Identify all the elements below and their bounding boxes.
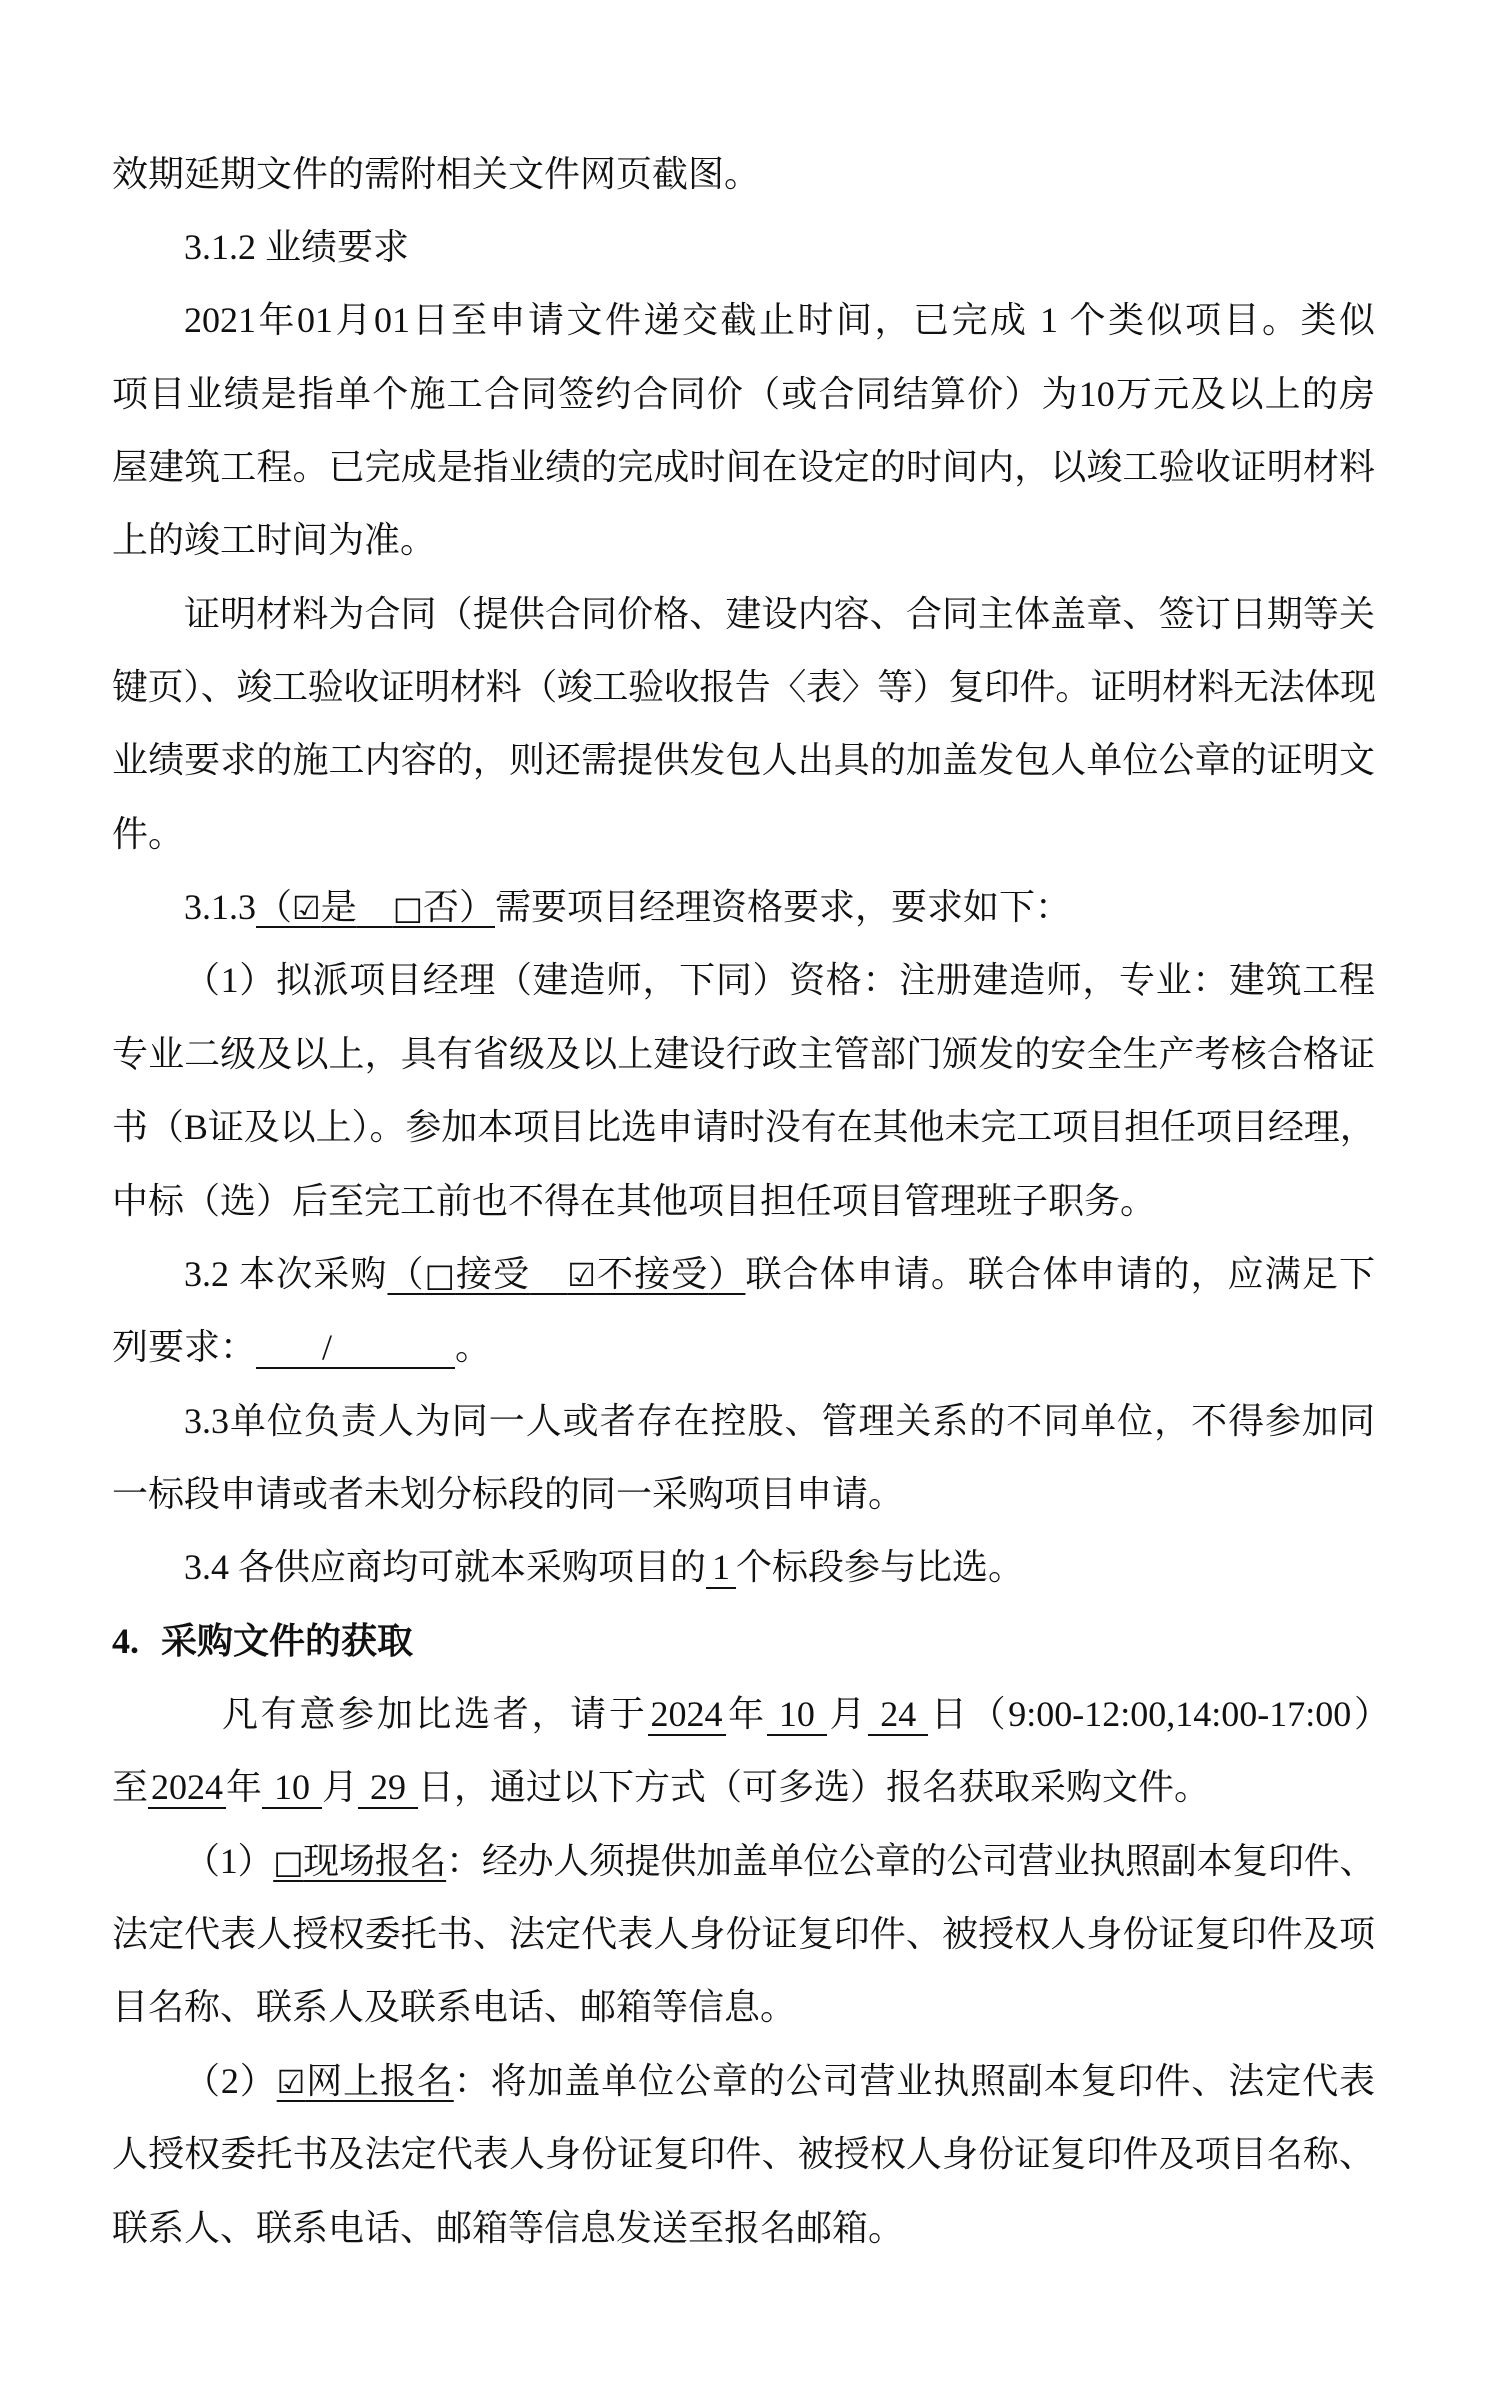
- text-line: 联系人、联系电话、邮箱等信息发送至报名邮箱。: [112, 2192, 1375, 2265]
- text-line: 件。: [112, 798, 1375, 871]
- text-line: 项目业绩是指单个施工合同签约合同价（或合同结算价）为10万元及以上的房: [112, 358, 1375, 431]
- section-heading-4: 4.采购文件的获取: [112, 1605, 1375, 1678]
- text-line: 业绩要求的施工内容的，则还需提供发包人出具的加盖发包人单位公章的证明文: [112, 724, 1375, 797]
- requirements-line: 列要求：/。: [112, 1311, 1375, 1384]
- method-number: （2）: [184, 2061, 277, 2101]
- method-text: ：将加盖单位公章的公司营业执照副本复印件、法定代表: [454, 2061, 1375, 2101]
- method-onsite-line: （1）□现场报名：经办人须提供加盖单位公章的公司营业执照副本复印件、: [112, 1825, 1375, 1898]
- start-month: 10: [767, 1694, 827, 1736]
- text-line: 目名称、联系人及联系电话、邮箱等信息。: [112, 1971, 1375, 2044]
- end-year: 2024: [148, 1767, 226, 1809]
- text-line: 上的竣工时间为准。: [112, 504, 1375, 577]
- checkbox-checked-icon: ☑: [567, 1256, 596, 1294]
- document-page: 效期延期文件的需附相关文件网页截图。 3.1.2 业绩要求 2021年01月01…: [0, 0, 1500, 2402]
- section-number: 3.1.3: [184, 887, 256, 927]
- section-heading-3-1-2: 3.1.2 业绩要求: [112, 211, 1375, 284]
- month-unit: 月: [827, 1694, 868, 1734]
- text-line: 法定代表人授权委托书、法定代表人身份证复印件、被授权人身份证复印件及项: [112, 1898, 1375, 1971]
- text-line: （1）拟派项目经理（建造师，下同）资格：注册建造师，专业：建筑工程: [112, 944, 1375, 1017]
- section-text: 个标段参与比选。: [736, 1547, 1024, 1587]
- day-hours: 日（9:00-12:00,14:00-17:00）: [928, 1694, 1390, 1734]
- method-label: 现场报名: [303, 1841, 446, 1881]
- open-paren: （: [256, 887, 292, 927]
- close-paren: ）: [708, 1254, 745, 1294]
- method-online-option: ☑网上报名: [277, 2061, 454, 2101]
- section-3-1-3-line: 3.1.3（☑是 □否）需要项目经理资格要求，要求如下：: [112, 871, 1375, 944]
- period-start-line: 凡有意参加比选者，请于2024年10月24日（9:00-12:00,14:00-…: [112, 1678, 1390, 1751]
- method-online-line: （2）☑网上报名：将加盖单位公章的公司营业执照副本复印件、法定代表: [112, 2045, 1375, 2118]
- option-label-not-accept: 不接受: [596, 1254, 708, 1294]
- option-label-no: 否: [423, 887, 459, 927]
- option-label-yes: 是: [321, 887, 357, 927]
- year-unit: 年: [226, 1767, 262, 1807]
- section-text: 需要项目经理资格要求，要求如下：: [495, 887, 1071, 927]
- period-lead: 凡有意参加比选者，请于: [222, 1694, 648, 1734]
- month-unit: 月: [322, 1767, 358, 1807]
- requirements-label: 列要求：: [112, 1327, 256, 1367]
- start-year: 2024: [648, 1694, 726, 1736]
- checkbox-unchecked-icon: □: [393, 889, 423, 927]
- section-lead: 3.4 各供应商均可就本采购项目的: [184, 1547, 706, 1587]
- document-body: 效期延期文件的需附相关文件网页截图。 3.1.2 业绩要求 2021年01月01…: [112, 138, 1375, 2265]
- open-paren: （: [387, 1254, 424, 1294]
- yes-no-options: （☑是 □否）: [256, 887, 495, 927]
- text-line: 人授权委托书及法定代表人身份证复印件、被授权人身份证复印件及项目名称、: [112, 2118, 1375, 2191]
- accept-options: （□接受 ☑不接受）: [387, 1254, 745, 1294]
- start-day: 24: [868, 1694, 928, 1736]
- text-line: 一标段申请或者未划分标段的同一采购项目申请。: [112, 1458, 1375, 1531]
- checkbox-checked-icon: ☑: [277, 2063, 306, 2101]
- section-3-4-line: 3.4 各供应商均可就本采购项目的1个标段参与比选。: [112, 1531, 1375, 1604]
- text-line: 专业二级及以上，具有省级及以上建设行政主管部门颁发的安全生产考核合格证: [112, 1018, 1375, 1091]
- period-mark: 。: [455, 1327, 491, 1367]
- text-line: 键页）、竣工验收证明材料（竣工验收报告〈表〉等）复印件。证明材料无法体现: [112, 651, 1375, 724]
- period-to: 至: [112, 1767, 148, 1807]
- text-line: 书（B证及以上）。参加本项目比选申请时没有在其他未完工项目担任项目经理，: [112, 1091, 1375, 1164]
- heading-title: 采购文件的获取: [161, 1621, 413, 1661]
- period-tail: 日，通过以下方式（可多选）报名获取采购文件。: [418, 1767, 1210, 1807]
- text-line: 屋建筑工程。已完成是指业绩的完成时间在设定的时间内，以竣工验收证明材料: [112, 431, 1375, 504]
- section-lead: 3.2 本次采购: [184, 1254, 387, 1294]
- option-label-accept: 接受: [456, 1254, 530, 1294]
- close-paren: ）: [459, 887, 495, 927]
- end-month: 10: [262, 1767, 322, 1809]
- section-text: 联合体申请。联合体申请的，应满足下: [745, 1254, 1375, 1294]
- text-line: 中标（选）后至完工前也不得在其他项目担任项目管理班子职务。: [112, 1165, 1375, 1238]
- year-unit: 年: [726, 1694, 767, 1734]
- checkbox-unchecked-icon: □: [273, 1843, 303, 1881]
- checkbox-checked-icon: ☑: [292, 889, 321, 927]
- spacer: [357, 887, 393, 927]
- method-label: 网上报名: [305, 2061, 453, 2101]
- period-end-line: 至2024年10月29日，通过以下方式（可多选）报名获取采购文件。: [112, 1751, 1375, 1824]
- end-day: 29: [358, 1767, 418, 1809]
- continuation-line: 效期延期文件的需附相关文件网页截图。: [112, 138, 1375, 211]
- method-onsite-option: □现场报名: [273, 1841, 446, 1881]
- checkbox-unchecked-icon: □: [425, 1256, 456, 1294]
- section-3-2-line: 3.2 本次采购（□接受 ☑不接受）联合体申请。联合体申请的，应满足下: [112, 1238, 1375, 1311]
- text-line: 证明材料为合同（提供合同价格、建设内容、合同主体盖章、签订日期等关: [112, 578, 1375, 651]
- spacer: [530, 1254, 567, 1294]
- text-line: 2021年01月01日至申请文件递交截止时间，已完成 1 个类似项目。类似: [112, 284, 1375, 357]
- text-line: 3.3单位负责人为同一人或者存在控股、管理关系的不同单位，不得参加同: [112, 1385, 1375, 1458]
- lot-count: 1: [706, 1547, 736, 1589]
- heading-number: 4.: [112, 1621, 139, 1661]
- method-number: （1）: [184, 1841, 273, 1881]
- method-text: ：经办人须提供加盖单位公章的公司营业执照副本复印件、: [446, 1841, 1375, 1881]
- requirements-blank: /: [256, 1327, 455, 1369]
